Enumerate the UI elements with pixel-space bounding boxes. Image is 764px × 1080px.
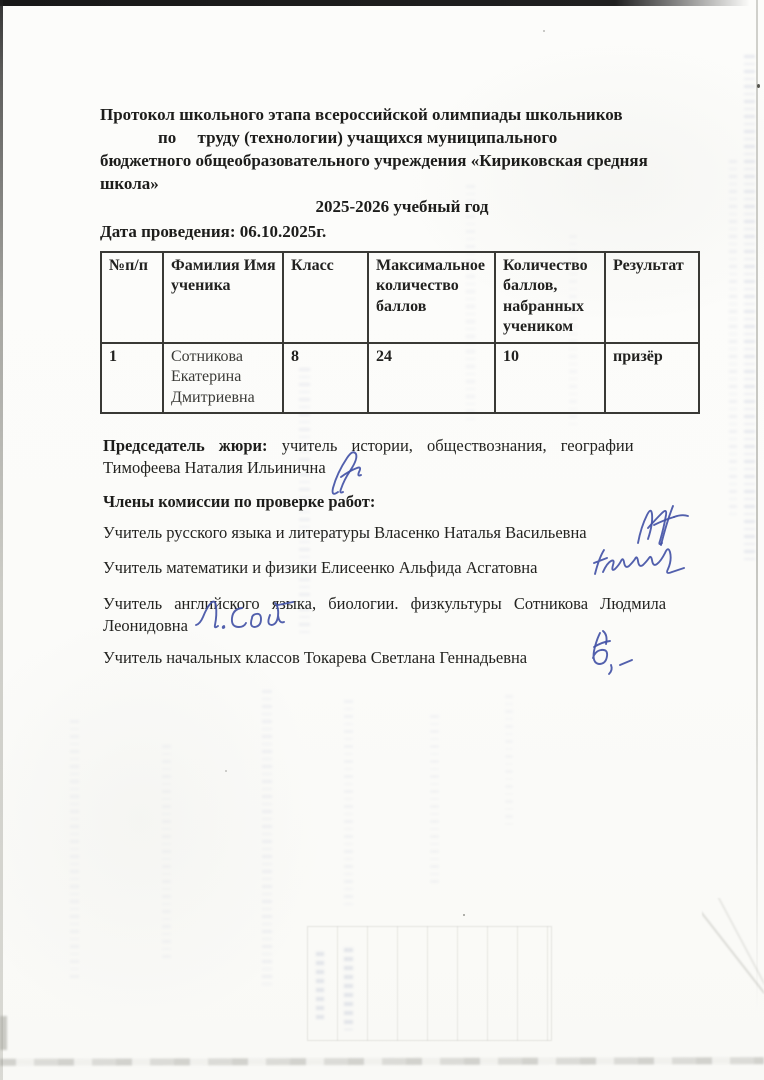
title-line-3: бюджетного общеобразовательного учрежден…: [100, 149, 704, 172]
title-line-4: школа»: [100, 172, 704, 195]
cell-grade: 8: [283, 343, 368, 413]
bleed-through-text: [316, 952, 324, 1024]
header-student-name: Фамилия Имя ученика: [163, 252, 283, 343]
bleed-through-text: [262, 690, 272, 990]
scan-edge-right: [756, 0, 758, 1012]
commission-member-2: Учитель математики и физики Елисеенко Ал…: [103, 557, 537, 579]
title-line-1: Протокол школьного этапа всероссийской о…: [100, 103, 704, 126]
scan-speck: [463, 914, 465, 916]
header-number: №п/п: [101, 252, 163, 343]
eliseenko-signature: [590, 544, 686, 582]
vlasenko-signature: [630, 503, 692, 549]
timofeeva-signature: [326, 446, 364, 498]
table-row: 1 Сотникова Екатерина Дмитриевна 8 24 10…: [101, 343, 699, 413]
scan-scratch-marks: [702, 898, 764, 994]
scan-speck: [757, 84, 760, 88]
commission-member-4: Учитель начальных классов Токарева Светл…: [103, 647, 527, 669]
bleed-through-text: [729, 160, 737, 520]
cell-student-name: Сотникова Екатерина Дмитриевна: [163, 343, 283, 413]
jury-chairman-name: Тимофеева Наталия Ильинична: [103, 457, 717, 479]
bleed-through-text: [344, 948, 353, 1030]
header-max-score: Максимальное количество баллов: [368, 252, 495, 343]
sotnikova-signature-l-sod: [190, 597, 294, 633]
tokareva-signature: [580, 629, 638, 679]
title-line-2: по труду (технологии) учащихся муниципал…: [100, 126, 704, 149]
bleed-through-text: [744, 55, 755, 565]
commission-member-3-line1: Учитель английского языка, биологии. физ…: [103, 593, 666, 615]
results-table: №п/п Фамилия Имя ученика Класс Максималь…: [100, 251, 700, 414]
scan-corner-smudge: [0, 1016, 7, 1050]
scan-edge-bottom-smudge: [0, 1057, 764, 1066]
jury-chairman-paragraph: Председатель жюри: учитель истории, обще…: [103, 435, 717, 479]
scan-speck: [225, 770, 227, 772]
commission-section: Члены комиссии по проверке работ: Учител…: [103, 491, 717, 513]
table-header-row: №п/п Фамилия Имя ученика Класс Максималь…: [101, 252, 699, 343]
header-grade: Класс: [283, 252, 368, 343]
document-title: Протокол школьного этапа всероссийской о…: [100, 103, 704, 218]
bleed-through-text: [70, 720, 79, 980]
commission-heading: Члены комиссии по проверке работ:: [103, 491, 717, 513]
cell-max-score: 24: [368, 343, 495, 413]
bleed-through-text: [344, 700, 353, 910]
scanned-protocol-document: Протокол школьного этапа всероссийской о…: [0, 0, 764, 1080]
header-student-score: Количество баллов, набранных учеником: [495, 252, 605, 343]
bleed-through-text: [430, 715, 439, 885]
jury-chairman-line1: Председатель жюри: учитель истории, обще…: [103, 435, 717, 457]
scan-edge-top: [0, 0, 750, 6]
academic-year: 2025-2026 учебный год: [100, 195, 704, 218]
scan-edge-left: [0, 0, 3, 1080]
header-result: Результат: [605, 252, 699, 343]
commission-member-1: Учитель русского языка и литературы Влас…: [103, 522, 587, 544]
cell-result: призёр: [605, 343, 699, 413]
jury-chairman-label: Председатель жюри:: [103, 436, 268, 455]
bleed-through-text: [505, 695, 513, 825]
event-date: Дата проведения: 06.10.2025г.: [100, 222, 326, 242]
scan-speck: [543, 30, 545, 32]
cell-student-score: 10: [495, 343, 605, 413]
bleed-through-text: [162, 745, 171, 960]
cell-number: 1: [101, 343, 163, 413]
